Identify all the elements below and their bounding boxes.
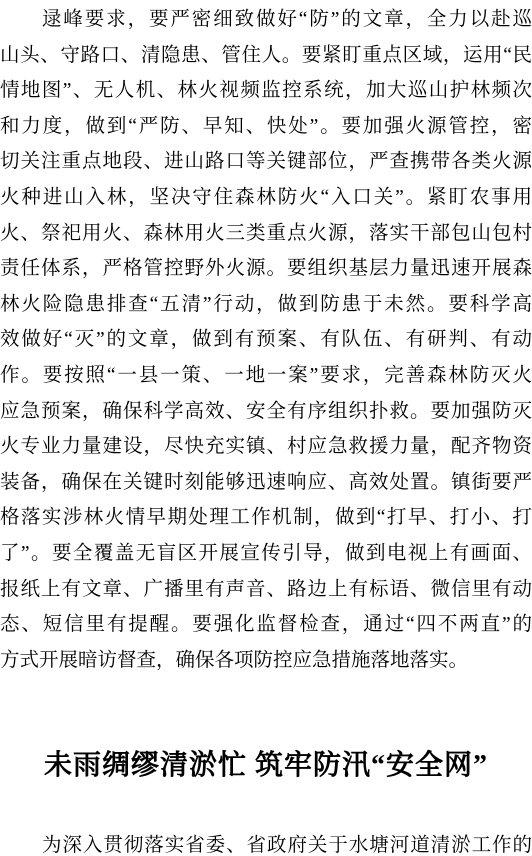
- body-line: 责任体系，严格管控野外火源。要组织基层力量迅速开展森: [0, 251, 532, 287]
- body-line: 山头、守路口、清隐患、管住人。要紧盯重点区域，运用“民: [0, 38, 532, 74]
- body-line: 态、短信里有提醒。要强化监督检查，通过“四不两直”的: [0, 607, 532, 643]
- document-page: 逯峰要求，要严密细致做好“防”的文章，全力以赴巡 山头、守路口、清隐患、管住人。…: [0, 0, 532, 856]
- next-paragraph: 为深入贯彻落实省委、省政府关于水塘河道清淤工作的: [0, 826, 532, 856]
- body-line: 报纸上有文章、广播里有声音、路边上有标语、微信里有动: [0, 572, 532, 608]
- body-line: 林火险隐患排查“五清”行动，做到防患于未然。要科学高: [0, 287, 532, 323]
- body-line: 情地图”、无人机、林火视频监控系统，加大巡山护林频次: [0, 73, 532, 109]
- body-line: 作。要按照“一县一策、一地一案”要求，完善森林防灭火: [0, 358, 532, 394]
- body-line: 了”。要全覆盖无盲区开展宣传引导，做到电视上有画面、: [0, 536, 532, 572]
- body-line: 效做好“灭”的文章，做到有预案、有队伍、有研判、有动: [0, 322, 532, 358]
- body-line: 火、祭祀用火、森林用火三类重点火源，落实干部包山包村: [0, 216, 532, 252]
- body-line: 切关注重点地段、进山路口等关键部位，严查携带各类火源: [0, 144, 532, 180]
- body-line: 逯峰要求，要严密细致做好“防”的文章，全力以赴巡: [0, 2, 532, 38]
- body-line: 火种进山入林，坚决守住森林防火“入口关”。紧盯农事用: [0, 180, 532, 216]
- body-line: 火专业力量建设，尽快充实镇、村应急救援力量，配齐物资: [0, 429, 532, 465]
- body-line: 和力度，做到“严防、早知、快处”。要加强火源管控，密: [0, 109, 532, 145]
- body-line: 应急预案，确保科学高效、安全有序组织扑救。要加强防灭: [0, 394, 532, 430]
- section-heading: 未雨绸缪清淤忙 筑牢防汛“安全网”: [0, 746, 532, 786]
- body-paragraph: 逯峰要求，要严密细致做好“防”的文章，全力以赴巡 山头、守路口、清隐患、管住人。…: [0, 0, 532, 678]
- next-paragraph-line: 为深入贯彻落实省委、省政府关于水塘河道清淤工作的: [0, 828, 532, 856]
- body-line: 格落实涉林火情早期处理工作机制，做到“打早、打小、打: [0, 500, 532, 536]
- body-line: 方式开展暗访督查，确保各项防控应急措施落地落实。: [0, 643, 532, 679]
- body-line: 装备，确保在关键时刻能够迅速响应、高效处置。镇街要严: [0, 465, 532, 501]
